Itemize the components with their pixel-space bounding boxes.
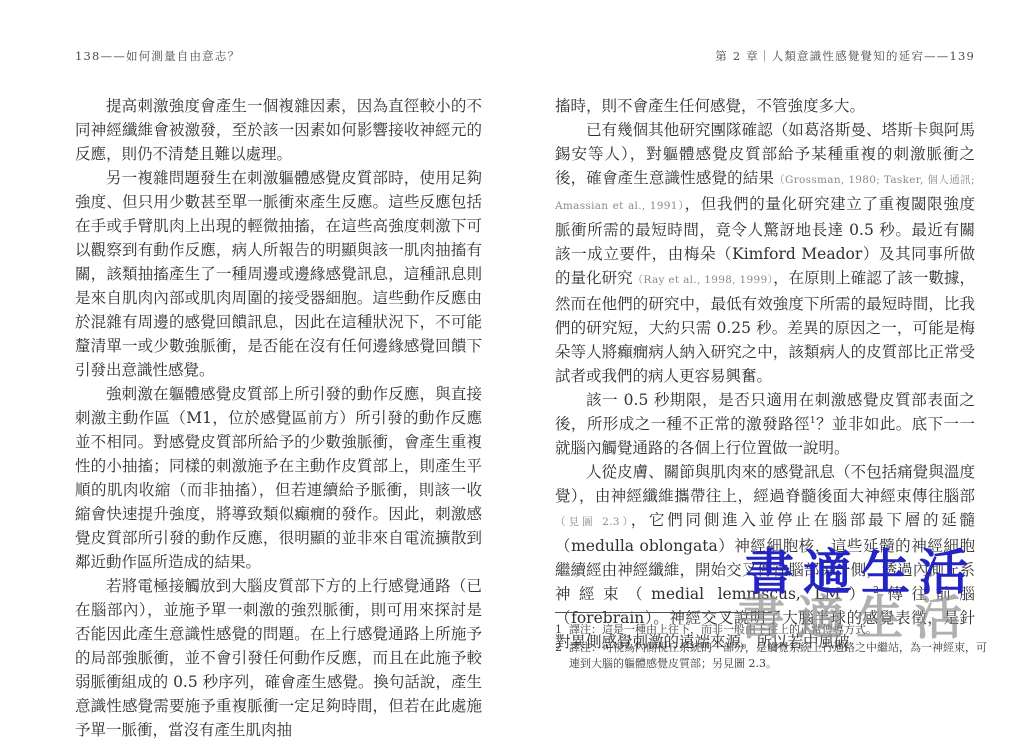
right-running-head: 第 2 章｜人類意識性感覺覺知的延宕——139	[715, 48, 975, 64]
left-running-head: 138——如何測量自由意志？	[75, 48, 240, 64]
book-title: 如何測量自由意志？	[126, 49, 240, 63]
chapter-label: 第 2 章	[715, 49, 759, 63]
footnote-number: 1	[555, 622, 569, 639]
header-separator: ｜	[759, 49, 772, 63]
citation-text: （見圖 2.3）	[555, 516, 631, 528]
text-run: 若將電極接觸放到大腦皮質部下方的上行感覺通路（已在腦部內），並施予單一刺激的強烈…	[75, 577, 482, 728]
footnote-number: 2	[555, 640, 569, 673]
watermark-blue: 書適生活	[745, 534, 977, 604]
right-header-dash: ——	[924, 49, 949, 63]
right-page-number: 139	[949, 49, 975, 63]
paragraph: 搐時，則不會產生任何感覺，不管強度多大。	[555, 94, 975, 118]
left-header-dash: ——	[101, 49, 126, 63]
text-run: 另一複雜問題發生在刺激軀體感覺皮質部時，使用足夠強度、但只用少數甚至單一脈衝來產…	[75, 169, 482, 379]
text-run: 提高刺激強度會產生一個複雜因素，因為直徑較小的不同神經纖維會被激發，至於該一因素…	[75, 97, 482, 163]
paragraph: 該一 0.5 秒期限，是否只適用在刺激感覺皮質部表面之後，所形成之一種不正常的激…	[555, 388, 975, 460]
book-spread: 138——如何測量自由意志？ 第 2 章｜人類意識性感覺覺知的延宕——139 提…	[0, 0, 1026, 728]
paragraph: 若將電極接觸放到大腦皮質部下方的上行感覺通路（已在腦部內），並施予單一刺激的強烈…	[75, 574, 482, 728]
paragraph: 提高刺激強度會產生一個複雜因素，因為直徑較小的不同神經纖維會被激發，至於該一因素…	[75, 94, 482, 166]
chapter-title: 人類意識性感覺覺知的延宕	[772, 49, 924, 63]
text-run: 人從皮膚、關節與肌肉來的感覺訊息（不包括痛覺與溫度覺），由神經纖維攜帶往上，經過…	[555, 463, 975, 505]
paragraph: 已有幾個其他研究團隊確認（如葛洛斯曼、塔斯卡與阿馬錫安等人），對軀體感覺皮質部給…	[555, 118, 975, 388]
citation-text: （Ray et al., 1998, 1999）	[633, 274, 773, 286]
left-page-body: 提高刺激強度會產生一個複雜因素，因為直徑較小的不同神經纖維會被激發，至於該一因素…	[75, 94, 482, 728]
text-run: 搐時，則不會產生任何感覺，不管強度多大。	[555, 97, 865, 115]
paragraph: 強刺激在軀體感覺皮質部上所引發的動作反應，與直接刺激主動作區（M1，位於感覺區前…	[75, 382, 482, 574]
left-page-number: 138	[75, 49, 101, 63]
paragraph: 另一複雜問題發生在刺激軀體感覺皮質部時，使用足夠強度、但只用少數甚至單一脈衝來產…	[75, 166, 482, 382]
text-run: 強刺激在軀體感覺皮質部上所引發的動作反應，與直接刺激主動作區（M1，位於感覺區前…	[75, 385, 482, 571]
